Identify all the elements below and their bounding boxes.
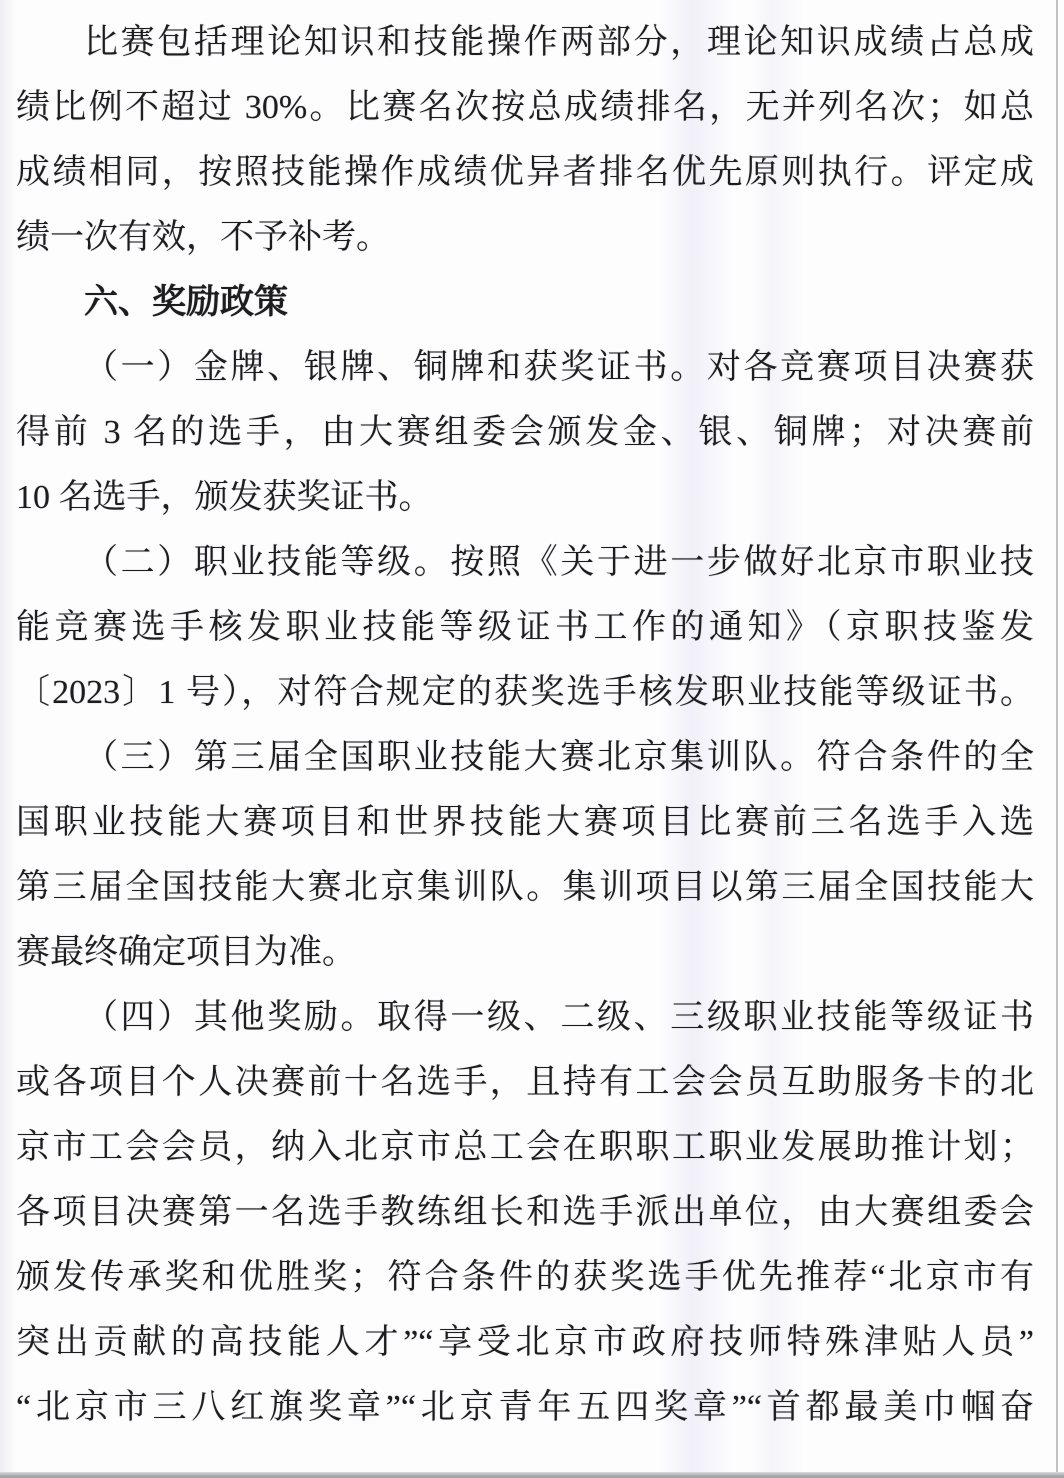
text-line: 国职业技能大赛项目和世界技能大赛项目比赛前三名选手入选	[16, 790, 1034, 855]
text-line: 各项目决赛第一名选手教练组长和选手派出单位，由大赛组委会	[16, 1180, 1034, 1245]
heading-award-policy: 六、奖励政策	[16, 270, 1034, 335]
text-line: （二）职业技能等级。按照《关于进一步做好北京市职业技	[16, 530, 1034, 595]
para-skill-level-certificates: （二）职业技能等级。按照《关于进一步做好北京市职业技能竞赛选手核发职业技能等级证…	[16, 530, 1034, 725]
text-line: 成绩相同，按照技能操作成绩优异者排名优先原则执行。评定成	[16, 140, 1034, 205]
text-line: （四）其他奖励。取得一级、二级、三级职业技能等级证书	[16, 985, 1034, 1050]
document-content: 比赛包括理论知识和技能操作两部分，理论知识成绩占总成绩比例不超过 30%。比赛名…	[16, 10, 1034, 1440]
text-line: 第三届全国技能大赛北京集训队。集训项目以第三届全国技能大	[16, 855, 1034, 920]
text-line: 能竞赛选手核发职业技能等级证书工作的通知》（京职技鉴发	[16, 595, 1034, 660]
text-line: 赛最终确定项目为准。	[16, 920, 1034, 985]
text-line: 京市工会会员，纳入北京市总工会在职职工职业发展助推计划；	[16, 1115, 1034, 1180]
text-line: 绩一次有效，不予补考。	[16, 205, 1034, 270]
para-scoring-rules: 比赛包括理论知识和技能操作两部分，理论知识成绩占总成绩比例不超过 30%。比赛名…	[16, 10, 1034, 270]
text-line: 得前 3 名的选手，由大赛组委会颁发金、银、铜牌；对决赛前	[16, 400, 1034, 465]
text-line: 颁发传承奖和优胜奖；符合条件的获奖选手优先推荐“北京市有	[16, 1245, 1034, 1310]
para-other-awards: （四）其他奖励。取得一级、二级、三级职业技能等级证书或各项目个人决赛前十名选手，…	[16, 985, 1034, 1440]
document-page: 比赛包括理论知识和技能操作两部分，理论知识成绩占总成绩比例不超过 30%。比赛名…	[0, 0, 1064, 1478]
text-line: 10 名选手，颁发获奖证书。	[16, 465, 1034, 530]
text-line: “北京市三八红旗奖章”“北京青年五四奖章”“首都最美巾帼奋	[16, 1375, 1034, 1440]
page-edge-line	[1056, 0, 1058, 1472]
text-line: 绩比例不超过 30%。比赛名次按总成绩排名，无并列名次；如总	[16, 75, 1034, 140]
para-national-training-team: （三）第三届全国职业技能大赛北京集训队。符合条件的全国职业技能大赛项目和世界技能…	[16, 725, 1034, 985]
text-line: （三）第三届全国职业技能大赛北京集训队。符合条件的全	[16, 725, 1034, 790]
page-bottom-edge	[0, 1472, 1064, 1478]
text-line: 或各项目个人决赛前十名选手，且持有工会会员互助服务卡的北	[16, 1050, 1034, 1115]
section-heading: 六、奖励政策	[16, 270, 1034, 335]
text-line: 比赛包括理论知识和技能操作两部分，理论知识成绩占总成	[16, 10, 1034, 75]
para-medals-certificates: （一）金牌、银牌、铜牌和获奖证书。对各竞赛项目决赛获得前 3 名的选手，由大赛组…	[16, 335, 1034, 530]
text-line: 突出贡献的高技能人才”“享受北京市政府技师特殊津贴人员”	[16, 1310, 1034, 1375]
text-line: 〔2023〕1 号），对符合规定的获奖选手核发职业技能等级证书。	[16, 660, 1034, 725]
text-line: （一）金牌、银牌、铜牌和获奖证书。对各竞赛项目决赛获	[16, 335, 1034, 400]
